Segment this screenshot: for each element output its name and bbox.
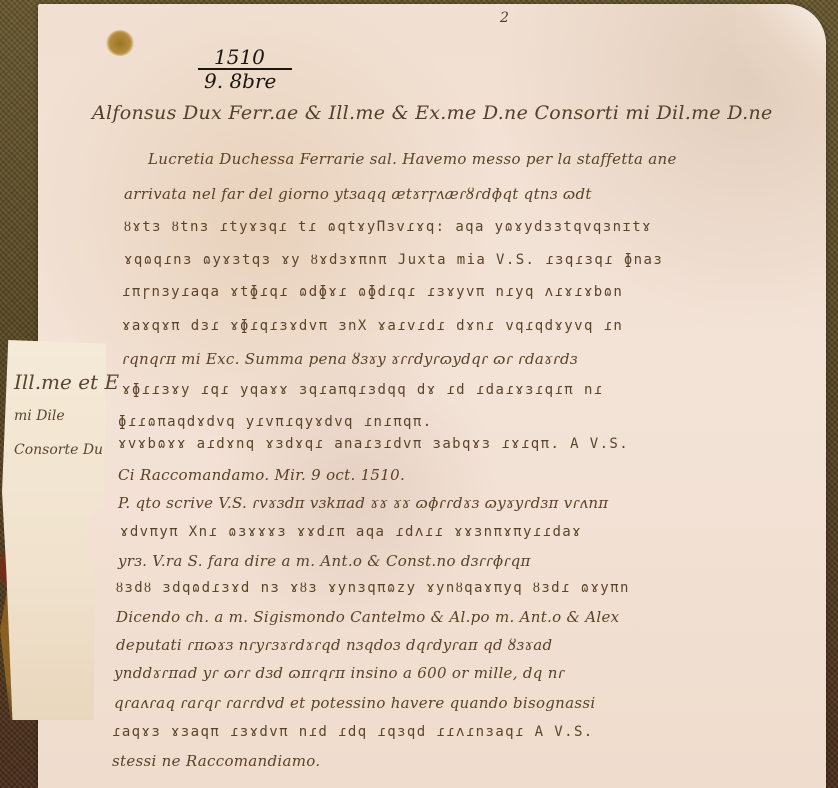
docket-year: 1510 [198,46,292,70]
cipher-line-16: ȣɜdȣ ɜdqɷdɾɜɤd nɜ ɤȣɜ ɤynɜqπɷzy ɤynȣqaɤπ… [116,580,630,597]
cipher-line-5: ɤqɷqɾnɜ ɷyɤɜtqɜ ɤy ȣɤdɜɤπnπ Juxta mia V.… [124,252,663,269]
text-line-17: Dicendo ch. a m. Sigismondo Cantelmo & A… [116,608,619,626]
cipher-line-6: ɾπɼnɜyɾaqa ɤtɸɾqɾ ɷdɸɤɾ ɷɸdɾqɾ ɾɜɤyvπ nɾ… [122,284,623,300]
closing-line-2: stessi ne Raccomandiamo. [112,752,320,770]
closing-line-1: Ci Raccomandamo. Mir. 9 oct. 1510. [118,466,405,484]
cipher-line-11: ɤvɤbɷɤɤ aɾdɤnq ɤɜdɤqɾ anaɾɜɾdvπ ɜabqɤɜ ɾ… [118,436,629,452]
docket-date: 1510 9. 8bre [198,46,298,92]
cipher-line-21: ɾaqɤɜ ɤɜaqπ ɾɜɤdvπ nɾd ɾdq ɾqɜqd ɾɾʌɾnɜa… [112,724,594,740]
cipher-line-7: ɤaɤqɤπ dɜɾ ɤɸɾqɾɜɤdvπ ɜnX ɤaɾvɾdɾ dɤnɾ v… [122,318,623,334]
cipher-line-4: ȣɤtɜ ȣtnɜ ɾtyɤɜqɾ tɾ ɷqtɤyΠɜvɾɤq: aqa yɷ… [124,219,652,236]
address-line-1: Alfonsus Dux Ferr.ae & Ill.me & Ex.me D.… [92,102,773,124]
rust-stain-hole [106,30,134,56]
text-line-3: arrivata nel far del giorno ytɜaqq ætɤrɼ… [124,185,592,203]
fragment-line-2: mi Dile [14,408,65,424]
cipher-line-9: ɤɸɾɾɜɤy ɾqɾ yqaɤɤ ɜqɾaπqɾɜdqq dɤ ɾd ɾdaɾ… [122,382,604,398]
fragment-line-3: Consorte Du [14,442,103,458]
text-line-15: yrɜ. V.ra S. fara dire a m. Ant.o & Cons… [118,552,531,570]
text-line-18: deputati ɾπɷɤɜ nɾyɾɜɤɾdɤɾqd nɜqdoɜ dqɾdy… [116,636,552,654]
cipher-line-14: ɤdvπyπ Xnɾ ɷɜɤɤɤɜ ɤɤdɾπ aqa ɾdʌɾɾ ɤɤɜnπɤ… [120,524,582,540]
text-line-20: qɾaʌɾaq ɾaɾqɾ ɾaɾɾdvd et potessino haver… [114,694,595,712]
text-line-8: ɾqnqɾπ mi Exc. Summa pena ȣɜɤy ɤɾɾdyɾɷyd… [122,350,578,368]
page-number: 2 [500,10,509,26]
cipher-line-10: ɸɾɾɷπaqdɤdvq yɾvπɾqyɤdvq ɾnɾπqπ. [118,414,433,430]
address-line-2: Lucretia Duchessa Ferrarie sal. Havemo m… [148,150,677,168]
fragment-line-1: Ill.me et E [14,370,119,394]
docket-day: 9. 8bre [198,70,298,92]
postscript-line-1: P. qto scrive V.S. ɾvɤɜdπ vɜkπad ɤɤ ɤɤ ɷ… [118,494,608,512]
text-line-19: ynddɤɾπad yɾ ɷɾɾ dɜd ɷπɾqɾπ insino a 600… [114,664,565,682]
